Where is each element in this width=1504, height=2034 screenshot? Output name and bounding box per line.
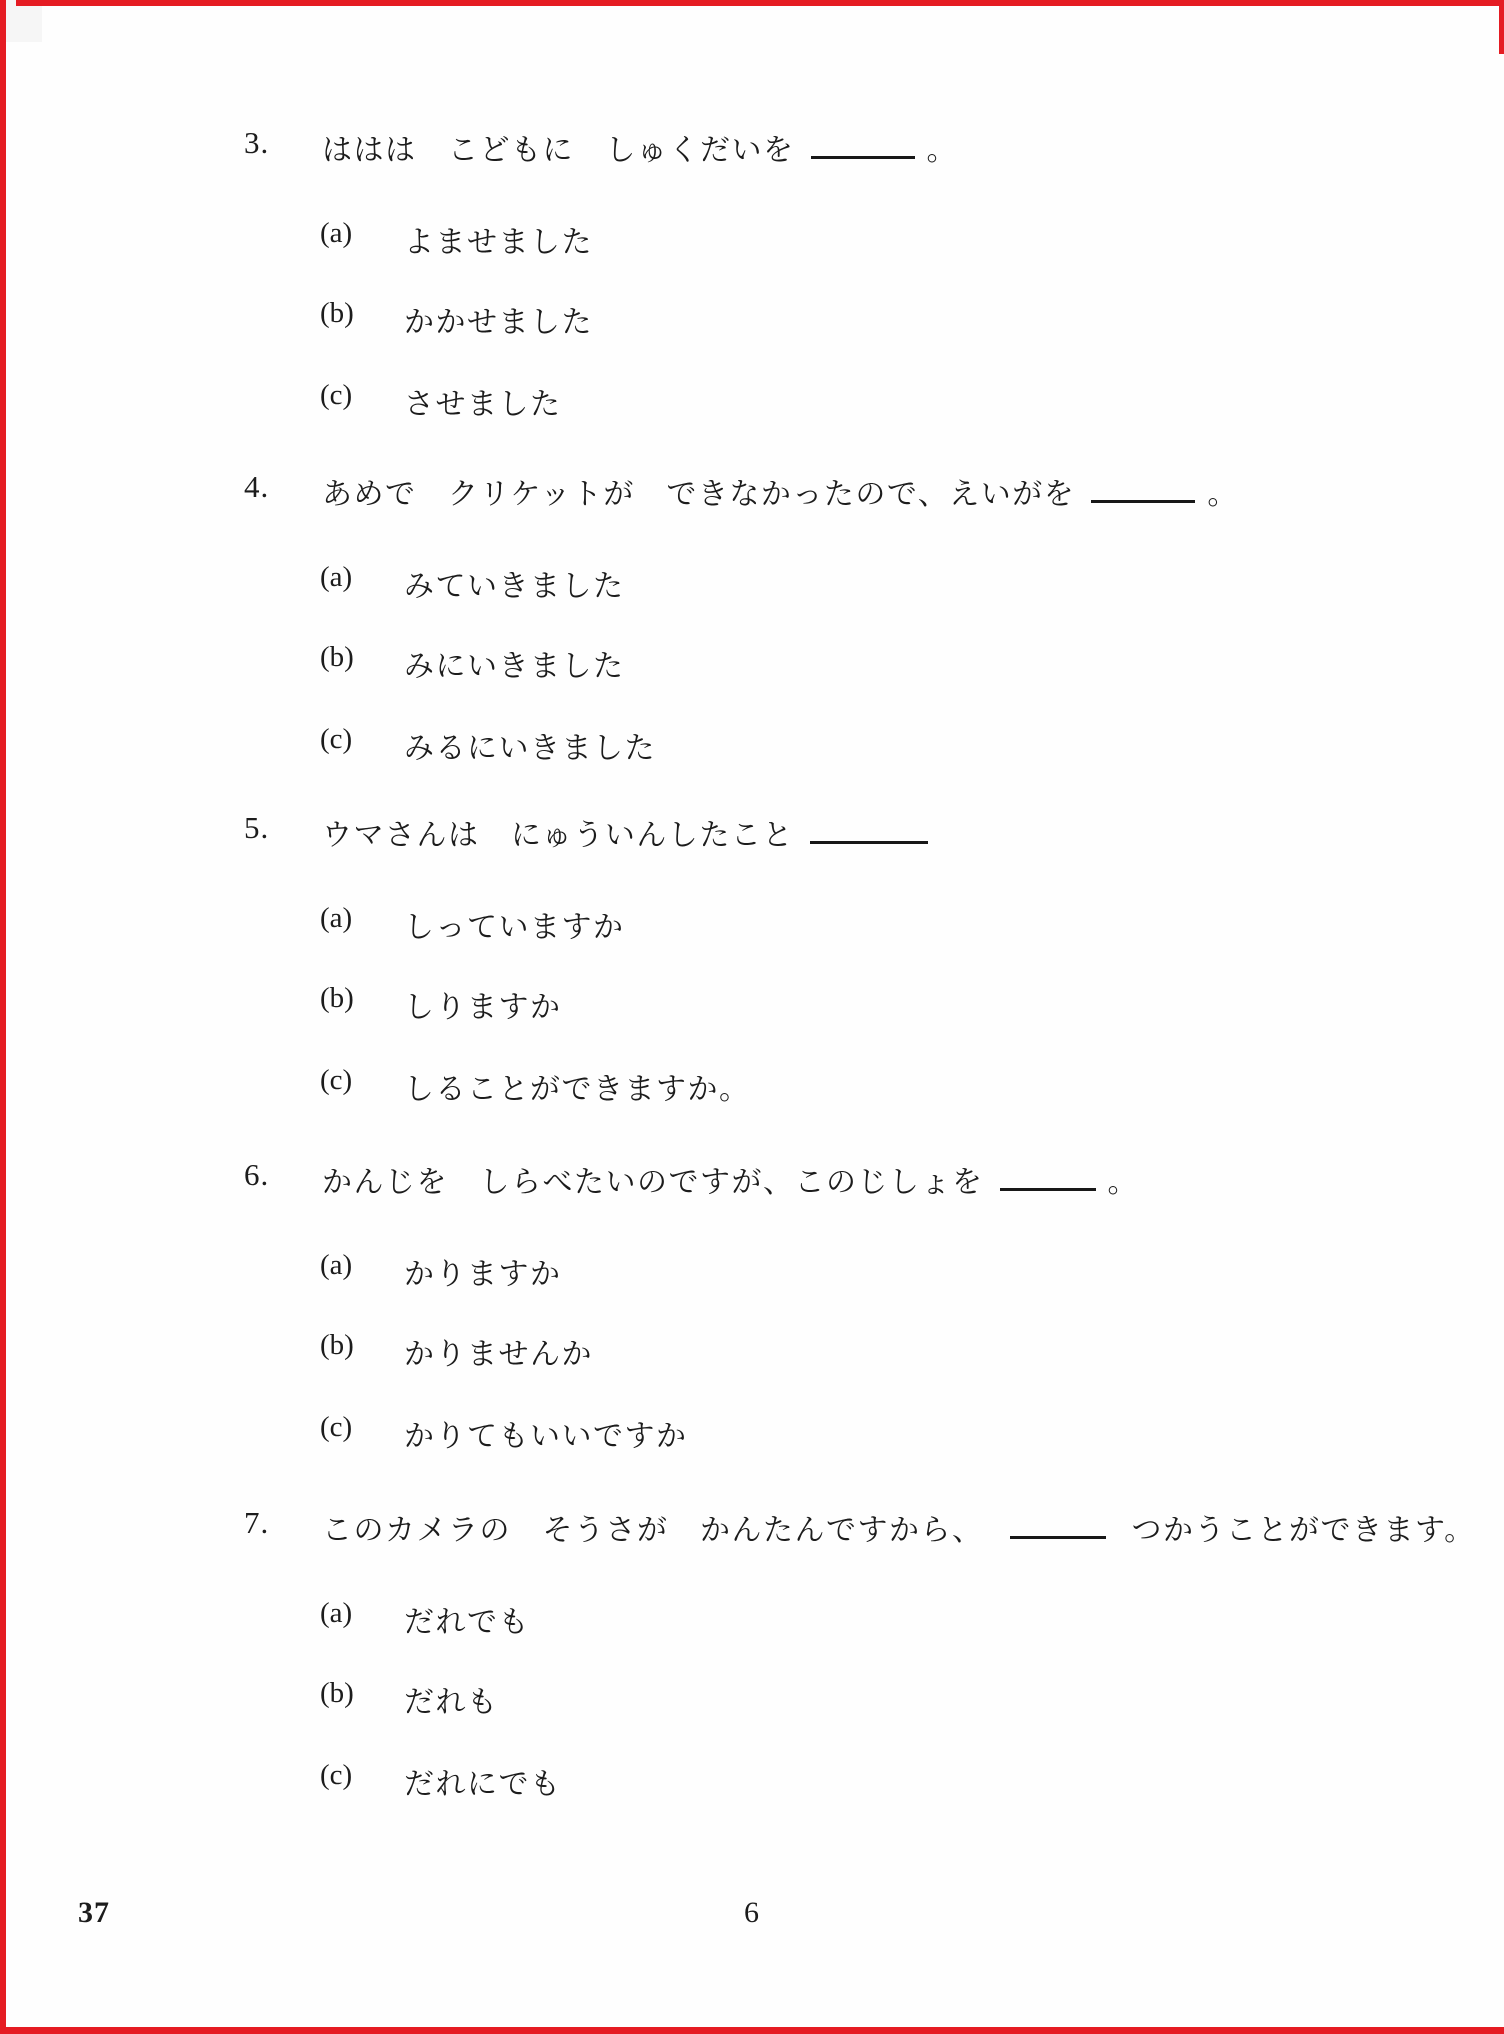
- question-pre-text: ウマさんは にゅういんしたこと: [322, 819, 794, 852]
- option-row: (a) だれでも: [0, 1597, 1504, 1641]
- question-line: 4. あめで クリケットが できなかったので、えいがを。: [0, 469, 1504, 517]
- option-text: しりますか: [404, 982, 562, 1026]
- option-text: みるにいきました: [404, 723, 656, 767]
- option-text: だれにでも: [404, 1759, 562, 1803]
- scan-corner-smudge: [0, 0, 42, 42]
- option-text: かかせました: [404, 297, 593, 341]
- question-pre-text: ははは こどもに しゅくだいを: [322, 134, 795, 167]
- option-label: (b): [320, 1329, 354, 1362]
- option-text: みていきました: [404, 561, 625, 605]
- question-block-6: 6. かんじを しらべたいのですが、このじしょを。 (a) かりますか (b) …: [0, 1157, 1504, 1205]
- option-row: (a) みていきました: [0, 561, 1504, 605]
- question-block-3: 3. ははは こどもに しゅくだいを。 (a) よませました (b) かかせまし…: [0, 125, 1504, 173]
- question-text: かんじを しらべたいのですが、このじしょを。: [322, 1157, 1139, 1201]
- scan-edge-top: [16, 0, 1504, 6]
- option-label: (b): [320, 297, 354, 330]
- option-row: (c) みるにいきました: [0, 723, 1504, 767]
- option-label: (c): [320, 723, 352, 756]
- option-row: (c) だれにでも: [0, 1759, 1504, 1803]
- option-text: かりませんか: [404, 1329, 593, 1373]
- question-pre-text: あめで クリケットが できなかったので、えいがを: [322, 478, 1075, 511]
- question-text: ウマさんは にゅういんしたこと: [322, 810, 940, 854]
- question-block-7: 7. このカメラの そうさが かんたんですから、つかうことができます。 (a) …: [0, 1505, 1504, 1553]
- option-row: (c) させました: [0, 379, 1504, 423]
- option-text: しることができますか。: [404, 1064, 751, 1108]
- option-row: (b) かりませんか: [0, 1329, 1504, 1373]
- option-row: (c) しることができますか。: [0, 1064, 1504, 1108]
- question-number: 4.: [244, 469, 269, 505]
- option-label: (b): [320, 982, 354, 1015]
- question-post-text: 。: [1108, 1166, 1140, 1199]
- option-row: (a) かりますか: [0, 1249, 1504, 1293]
- question-number: 3.: [244, 125, 269, 161]
- page-footer-paper-code: 37: [78, 1896, 110, 1930]
- option-label: (c): [320, 1411, 352, 1444]
- option-text: みにいきました: [404, 641, 625, 685]
- question-post-text: つかうことができます。: [1132, 1514, 1476, 1547]
- question-post-text: 。: [1207, 478, 1239, 511]
- question-text: あめで クリケットが できなかったので、えいがを。: [322, 469, 1239, 513]
- question-text: ははは こどもに しゅくだいを。: [322, 125, 958, 169]
- option-row: (b) だれも: [0, 1677, 1504, 1721]
- question-line: 5. ウマさんは にゅういんしたこと: [0, 810, 1504, 858]
- question-line: 7. このカメラの そうさが かんたんですから、つかうことができます。: [0, 1505, 1504, 1553]
- option-label: (a): [320, 1597, 352, 1630]
- option-text: だれも: [404, 1677, 499, 1721]
- option-label: (a): [320, 902, 352, 935]
- option-label: (a): [320, 1249, 352, 1282]
- question-number: 6.: [244, 1157, 269, 1193]
- fill-in-blank-line: [811, 156, 915, 159]
- option-row: (b) みにいきました: [0, 641, 1504, 685]
- option-label: (b): [320, 641, 354, 674]
- option-label: (c): [320, 1759, 352, 1792]
- question-number: 7.: [244, 1505, 269, 1541]
- question-line: 6. かんじを しらべたいのですが、このじしょを。: [0, 1157, 1504, 1205]
- option-label: (c): [320, 379, 352, 412]
- fill-in-blank-line: [1000, 1188, 1096, 1191]
- option-text: かりてもいいですか: [404, 1411, 688, 1455]
- option-text: よませました: [404, 217, 593, 261]
- question-number: 5.: [244, 810, 269, 846]
- option-row: (b) しりますか: [0, 982, 1504, 1026]
- option-row: (a) しっていますか: [0, 902, 1504, 946]
- question-post-text: 。: [927, 134, 959, 167]
- option-label: (c): [320, 1064, 352, 1097]
- fill-in-blank-line: [810, 841, 928, 844]
- option-label: (a): [320, 217, 352, 250]
- question-block-5: 5. ウマさんは にゅういんしたこと (a) しっていますか (b) しりますか…: [0, 810, 1504, 858]
- fill-in-blank-line: [1091, 500, 1195, 503]
- question-pre-text: かんじを しらべたいのですが、このじしょを: [322, 1166, 984, 1199]
- option-row: (b) かかせました: [0, 297, 1504, 341]
- question-line: 3. ははは こどもに しゅくだいを。: [0, 125, 1504, 173]
- option-text: しっていますか: [404, 902, 625, 946]
- scan-edge-bottom: [0, 2027, 1504, 2034]
- option-text: だれでも: [404, 1597, 530, 1641]
- question-pre-text: このカメラの そうさが かんたんですから、: [322, 1514, 984, 1547]
- option-text: かりますか: [404, 1249, 562, 1293]
- option-label: (a): [320, 561, 352, 594]
- option-label: (b): [320, 1677, 354, 1710]
- page-footer-page-number: 6: [744, 1896, 759, 1930]
- option-row: (c) かりてもいいですか: [0, 1411, 1504, 1455]
- exam-page: 3. ははは こどもに しゅくだいを。 (a) よませました (b) かかせまし…: [0, 0, 1504, 2034]
- option-row: (a) よませました: [0, 217, 1504, 261]
- question-block-4: 4. あめで クリケットが できなかったので、えいがを。 (a) みていきました…: [0, 469, 1504, 517]
- fill-in-blank-line: [1010, 1536, 1106, 1539]
- scan-edge-right: [1499, 0, 1504, 54]
- question-text: このカメラの そうさが かんたんですから、つかうことができます。: [322, 1505, 1476, 1549]
- option-text: させました: [404, 379, 562, 423]
